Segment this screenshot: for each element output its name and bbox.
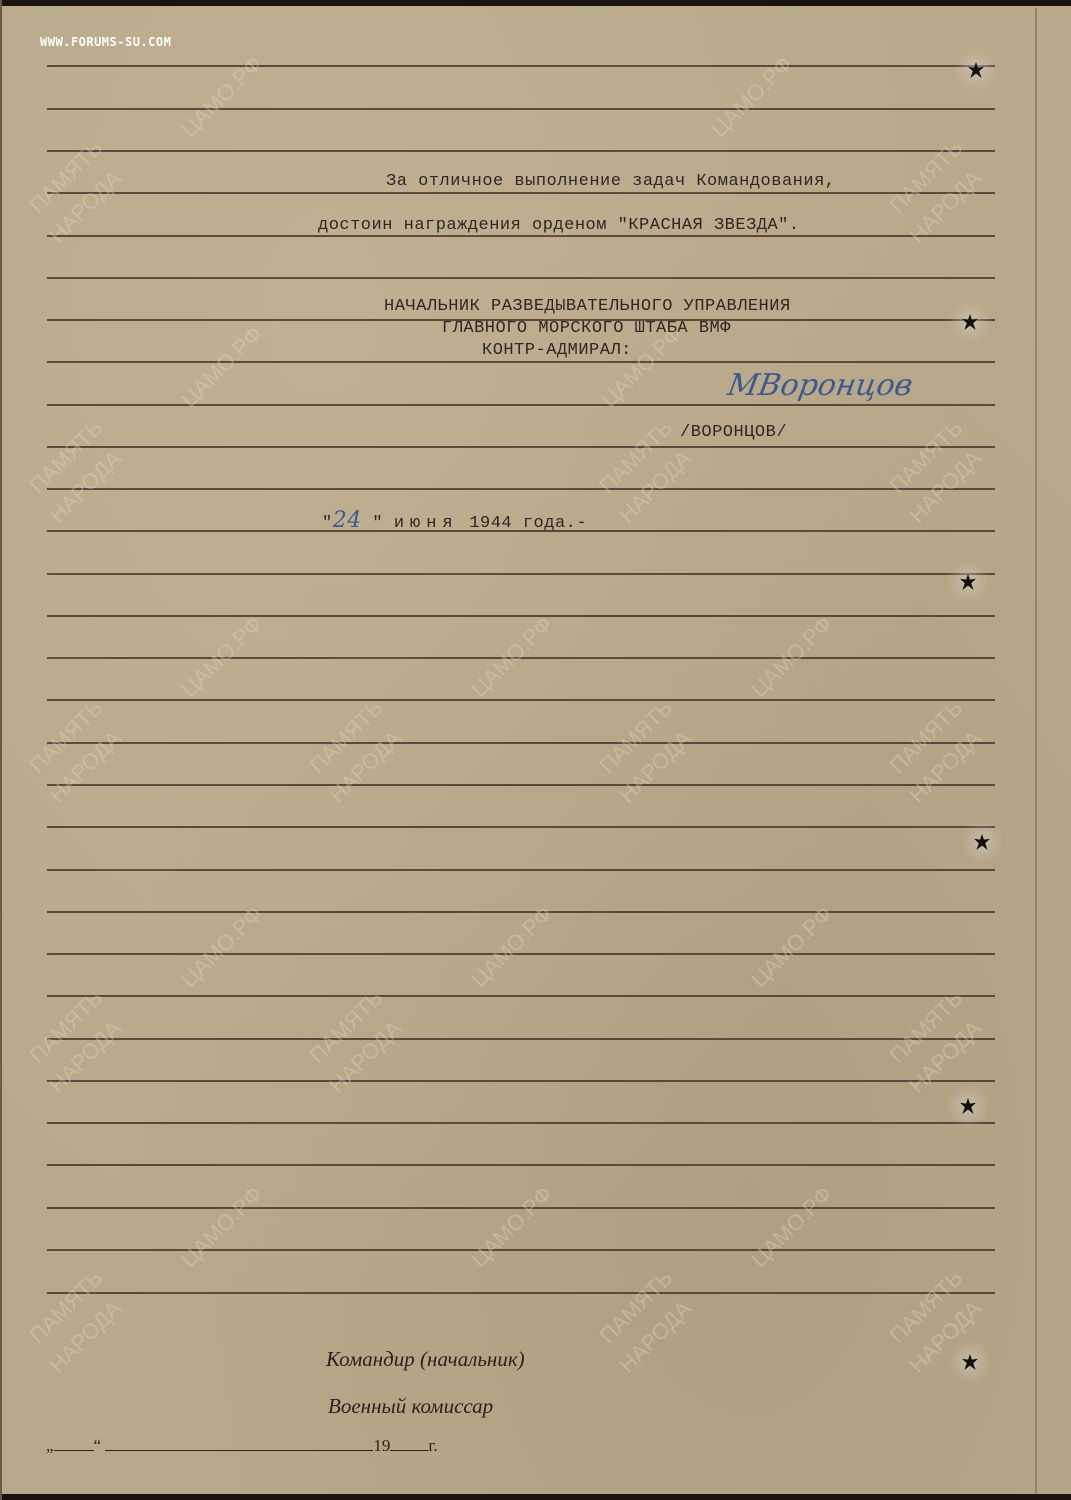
watermark-memory: ПАМЯТЬ bbox=[24, 985, 108, 1069]
ruled-line bbox=[47, 784, 995, 786]
watermark-memory: ПАМЯТЬ bbox=[594, 1265, 678, 1349]
binding-hole-icon bbox=[964, 58, 988, 82]
watermark-archive: ЦАМО.РФ bbox=[466, 901, 558, 993]
ruled-line bbox=[47, 1249, 995, 1251]
watermark-memory: НАРОДА bbox=[614, 726, 697, 809]
signatory-name: /ВОРОНЦОВ/ bbox=[680, 423, 787, 442]
watermark-memory: НАРОДА bbox=[324, 1016, 407, 1099]
date-day-handwritten: 24 bbox=[333, 508, 362, 533]
binding-hole-icon bbox=[970, 830, 994, 854]
watermark-archive: ЦАМО.РФ bbox=[746, 901, 838, 993]
date-year: 1944 года.- bbox=[469, 514, 587, 533]
ruled-line bbox=[47, 995, 995, 997]
ruled-line bbox=[47, 1292, 995, 1294]
watermark-archive: ЦАМО.РФ bbox=[176, 1181, 268, 1273]
watermark-memory: ПАМЯТЬ bbox=[24, 695, 108, 779]
document-page: ЦАМО.РФ ЦАМО.РФ ПАМЯТЬ НАРОДА ПАМЯТЬ НАР… bbox=[0, 4, 1071, 1496]
watermark-memory: ПАМЯТЬ bbox=[884, 695, 968, 779]
signatory-title-line2: ГЛАВНОГО МОРСКОГО ШТАБА ВМФ bbox=[442, 319, 731, 338]
watermark-memory: НАРОДА bbox=[614, 446, 697, 529]
watermark-memory: ПАМЯТЬ bbox=[884, 415, 968, 499]
commander-label: Командир (начальник) bbox=[326, 1347, 525, 1372]
ruled-line bbox=[47, 277, 995, 279]
watermark-memory: ПАМЯТЬ bbox=[884, 135, 968, 219]
watermark-memory: НАРОДА bbox=[904, 446, 987, 529]
ruled-line bbox=[47, 1207, 995, 1209]
ruled-line bbox=[47, 699, 995, 701]
ruled-line bbox=[47, 869, 995, 871]
page-fold bbox=[1035, 8, 1037, 1498]
watermark-memory: ПАМЯТЬ bbox=[884, 1265, 968, 1349]
watermark-memory: ПАМЯТЬ bbox=[304, 985, 388, 1069]
watermark-archive: ЦАМО.РФ bbox=[746, 1181, 838, 1273]
ruled-line bbox=[47, 404, 995, 406]
ruled-line bbox=[47, 150, 995, 152]
ruled-line bbox=[47, 65, 995, 67]
ruled-line bbox=[47, 742, 995, 744]
form-month-blank bbox=[105, 1450, 373, 1451]
date-close-quote: " bbox=[372, 514, 383, 533]
ruled-line bbox=[47, 573, 995, 575]
watermark-memory: ПАМЯТЬ bbox=[304, 695, 388, 779]
ruled-line bbox=[47, 657, 995, 659]
watermark-archive: ЦАМО.РФ bbox=[176, 901, 268, 993]
form-century: 19 bbox=[373, 1436, 390, 1455]
binding-hole-icon bbox=[958, 1350, 982, 1374]
ruled-line bbox=[47, 235, 995, 237]
ruled-line bbox=[47, 446, 995, 448]
scan-border-top bbox=[0, 0, 1071, 6]
watermark-memory: ПАМЯТЬ bbox=[24, 415, 108, 499]
ruled-line bbox=[47, 361, 995, 363]
ruled-line bbox=[47, 953, 995, 955]
award-reason-line2: достоин награждения орденом "КРАСНАЯ ЗВЕ… bbox=[318, 216, 800, 235]
watermark-memory: НАРОДА bbox=[44, 446, 127, 529]
ruled-line bbox=[47, 1038, 995, 1040]
watermark-memory: НАРОДА bbox=[614, 1296, 697, 1379]
watermark-memory: НАРОДА bbox=[44, 1016, 127, 1099]
watermark-memory: ПАМЯТЬ bbox=[594, 415, 678, 499]
date-open-quote: " bbox=[322, 514, 333, 533]
watermark-memory: НАРОДА bbox=[324, 726, 407, 809]
form-date-open-quote: „ bbox=[46, 1436, 54, 1455]
award-reason-line1: За отличное выполнение задач Командовани… bbox=[386, 172, 835, 191]
ruled-line bbox=[47, 615, 995, 617]
date-month: июня bbox=[394, 514, 459, 533]
watermark-memory: НАРОДА bbox=[904, 726, 987, 809]
scan-border-left bbox=[0, 0, 2, 1500]
ruled-line bbox=[47, 488, 995, 490]
signature: МВоронцов bbox=[725, 368, 915, 403]
form-date-close-quote: “ bbox=[94, 1436, 102, 1455]
watermark-memory: ПАМЯТЬ bbox=[24, 135, 108, 219]
ruled-line bbox=[47, 1080, 995, 1082]
commissar-label: Военный комиссар bbox=[328, 1394, 493, 1419]
ruled-line bbox=[47, 108, 995, 110]
watermark-archive: ЦАМО.РФ bbox=[176, 321, 268, 413]
binding-hole-icon bbox=[956, 1094, 980, 1118]
watermark-memory: ПАМЯТЬ bbox=[884, 985, 968, 1069]
document-date: "24 " июня 1944 года.- bbox=[322, 508, 587, 533]
ruled-line bbox=[47, 1122, 995, 1124]
scan-border-bottom bbox=[0, 1494, 1071, 1500]
site-watermark: WWW.FORUMS-SU.COM bbox=[40, 35, 171, 49]
ruled-line bbox=[47, 192, 995, 194]
ruled-line bbox=[47, 911, 995, 913]
form-year-suffix: г. bbox=[428, 1436, 437, 1455]
binding-hole-icon bbox=[956, 570, 980, 594]
watermark-memory: НАРОДА bbox=[44, 726, 127, 809]
form-date-line: „“ 19г. bbox=[46, 1436, 438, 1456]
watermark-memory: ПАМЯТЬ bbox=[594, 695, 678, 779]
form-year-blank bbox=[390, 1450, 428, 1451]
ruled-line bbox=[47, 826, 995, 828]
watermark-memory: ПАМЯТЬ bbox=[24, 1265, 108, 1349]
ruled-line bbox=[47, 1164, 995, 1166]
signatory-rank: КОНТР-АДМИРАЛ: bbox=[482, 341, 632, 360]
binding-hole-icon bbox=[958, 310, 982, 334]
form-day-blank bbox=[54, 1450, 94, 1451]
watermark-archive: ЦАМО.РФ bbox=[466, 1181, 558, 1273]
signatory-title-line1: НАЧАЛЬНИК РАЗВЕДЫВАТЕЛЬНОГО УПРАВЛЕНИЯ bbox=[384, 297, 791, 316]
watermark-memory: НАРОДА bbox=[44, 1296, 127, 1379]
